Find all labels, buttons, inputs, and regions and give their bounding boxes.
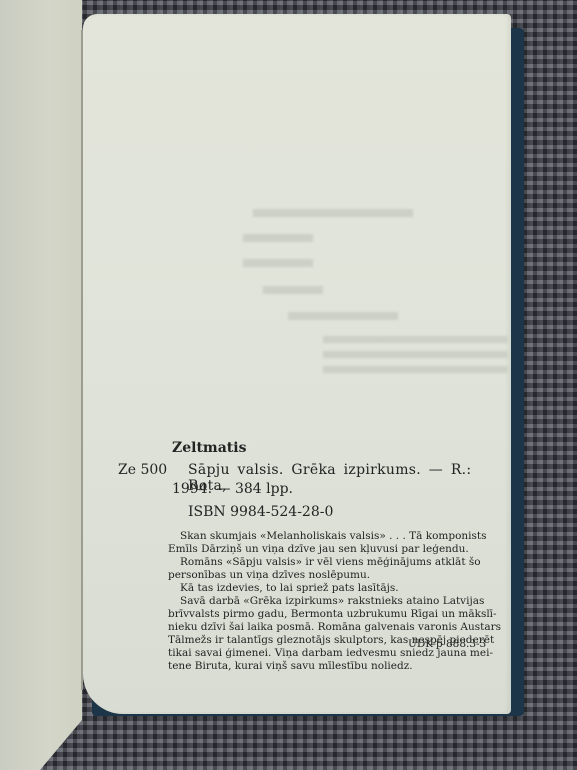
- bleed-through-text: [288, 312, 398, 320]
- author-name: Zeltmatis: [172, 440, 246, 456]
- bleed-through-text: [253, 209, 413, 217]
- publication-line: 1994. — 384 lpp.: [172, 481, 293, 497]
- shelfmark: Ze 500: [118, 462, 167, 478]
- left-page: [0, 0, 82, 770]
- annotation-line: Skan skumjais «Melanholiskais valsis» . …: [180, 531, 487, 542]
- annotation-line: Emīls Dārziņš un viņa dzīve jau sen kļuv…: [168, 544, 469, 555]
- bleed-through-text: [263, 286, 323, 294]
- udk-code: UDK-p 888.3-3: [408, 638, 486, 650]
- annotation-line: tene Biruta, kurai viņš savu mīlestību n…: [168, 661, 413, 672]
- annotation-line: nieku dzīvi šai laika posmā. Romāna galv…: [168, 622, 501, 633]
- bleed-through-text: [323, 336, 508, 343]
- isbn: ISBN 9984-524-28-0: [188, 504, 333, 520]
- annotation-line: brīvvalsts pirmo gadu, Bermonta uzbrukum…: [168, 609, 497, 620]
- bleed-through-text: [323, 366, 508, 373]
- bleed-through-text: [243, 259, 313, 267]
- bleed-through-text: [323, 351, 508, 358]
- bleed-through-text: [243, 234, 313, 242]
- annotation-line: Savā darbā «Grēka izpirkums» rakstnieks …: [180, 596, 484, 607]
- annotation-line: Kā tas izdevies, to lai spriež pats lasī…: [180, 583, 399, 594]
- annotation-line: personības un viņa dzīves noslēpumu.: [168, 570, 370, 581]
- annotation-line: Romāns «Sāpju valsis» ir vēl viens mēģin…: [180, 557, 481, 568]
